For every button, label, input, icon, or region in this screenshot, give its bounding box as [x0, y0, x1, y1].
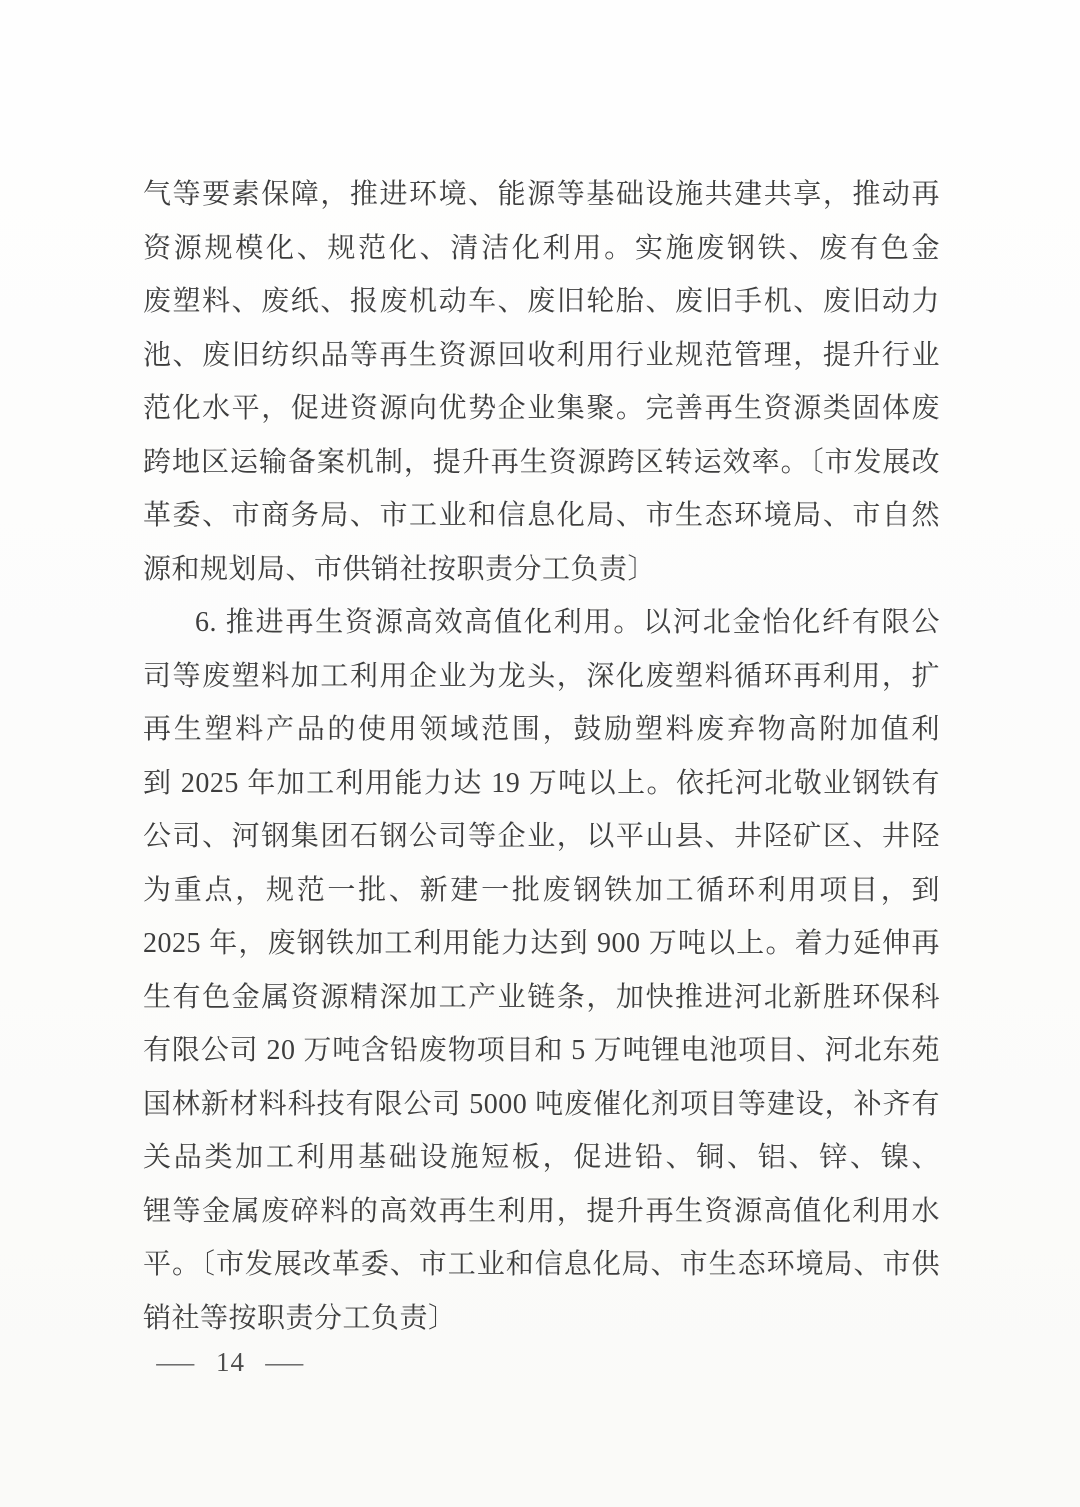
text-line: 2025 年，废钢铁加工利用能力达到 900 万吨以上。着力延伸再	[143, 917, 940, 971]
text-line: 资源规模化、规范化、清洁化利用。实施废钢铁、废有色金属、	[143, 222, 940, 276]
text-line: 废塑料、废纸、报废机动车、废旧轮胎、废旧手机、废旧动力电	[143, 275, 940, 329]
footer-right-dash: —	[265, 1342, 304, 1382]
text-line: 平。〔市发展改革委、市工业和信息化局、市生态环境局、市供	[143, 1238, 940, 1292]
text-line: 革委、市商务局、市工业和信息化局、市生态环境局、市自然资	[143, 489, 940, 543]
footer-left-dash: —	[156, 1342, 195, 1382]
text-line: 范化水平，促进资源向优势企业集聚。完善再生资源类固体废物	[143, 382, 940, 436]
text-line: 跨地区运输备案机制，提升再生资源跨区转运效率。〔市发展改	[143, 436, 940, 490]
text-line: 锂等金属废碎料的高效再生利用，提升再生资源高值化利用水	[143, 1185, 940, 1239]
page-footer: — 14 —	[162, 1342, 299, 1382]
text-line: 气等要素保障，推进环境、能源等基础设施共建共享，推动再生	[143, 168, 940, 222]
text-line: 为重点，规范一批、新建一批废钢铁加工循环利用项目，到	[143, 864, 940, 918]
text-line: 生有色金属资源精深加工产业链条，加快推进河北新胜环保科技	[143, 971, 940, 1025]
text-line: 6. 推进再生资源高效高值化利用。以河北金怡化纤有限公	[143, 596, 940, 650]
text-line: 销社等按职责分工负责〕	[143, 1292, 940, 1346]
text-line: 再生塑料产品的使用领域范围，鼓励塑料废弃物高附加值利用，	[143, 703, 940, 757]
document-body: 气等要素保障，推进环境、能源等基础设施共建共享，推动再生资源规模化、规范化、清洁…	[143, 168, 940, 1345]
text-line: 司等废塑料加工利用企业为龙头，深化废塑料循环再利用，扩大	[143, 650, 940, 704]
document-page: 气等要素保障，推进环境、能源等基础设施共建共享，推动再生资源规模化、规范化、清洁…	[0, 0, 1080, 1507]
text-line: 有限公司 20 万吨含铅废物项目和 5 万吨锂电池项目、河北东苑	[143, 1024, 940, 1078]
text-line: 池、废旧纺织品等再生资源回收利用行业规范管理，提升行业规	[143, 329, 940, 383]
text-line: 关品类加工利用基础设施短板，促进铅、铜、铝、锌、镍、钴、	[143, 1131, 940, 1185]
page-number: 14	[210, 1342, 251, 1382]
paragraph-1: 气等要素保障，推进环境、能源等基础设施共建共享，推动再生资源规模化、规范化、清洁…	[143, 168, 940, 596]
paragraph-2: 6. 推进再生资源高效高值化利用。以河北金怡化纤有限公司等废塑料加工利用企业为龙…	[143, 596, 940, 1345]
text-line: 公司、河钢集团石钢公司等企业，以平山县、井陉矿区、井陉县	[143, 810, 940, 864]
text-line: 国林新材料科技有限公司 5000 吨废催化剂项目等建设，补齐有	[143, 1078, 940, 1132]
text-line: 到 2025 年加工利用能力达 19 万吨以上。依托河北敬业钢铁有限	[143, 757, 940, 811]
text-line: 源和规划局、市供销社按职责分工负责〕	[143, 543, 940, 597]
